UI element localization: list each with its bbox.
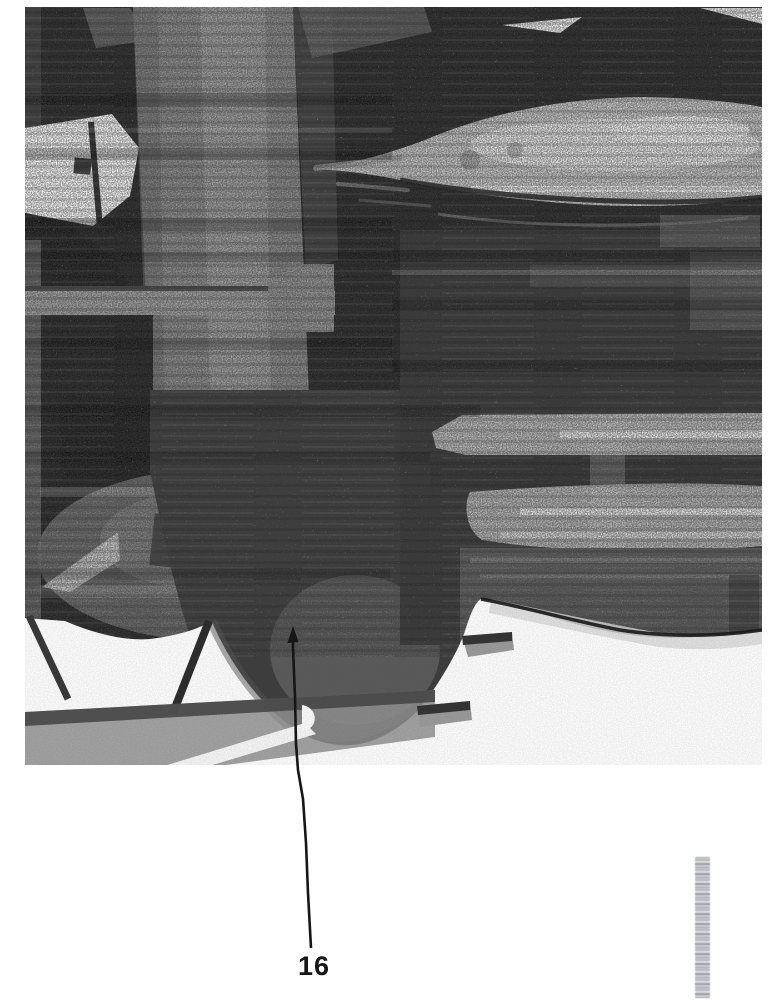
grain-light bbox=[25, 7, 762, 657]
vertical-microtext-strip bbox=[695, 857, 710, 998]
photo-content bbox=[25, 7, 762, 826]
patent-photo-figure bbox=[0, 0, 784, 1000]
patent-figure-page: 16 bbox=[0, 0, 784, 1000]
floor-grain bbox=[25, 595, 762, 765]
reference-numeral-16: 16 bbox=[294, 951, 334, 981]
